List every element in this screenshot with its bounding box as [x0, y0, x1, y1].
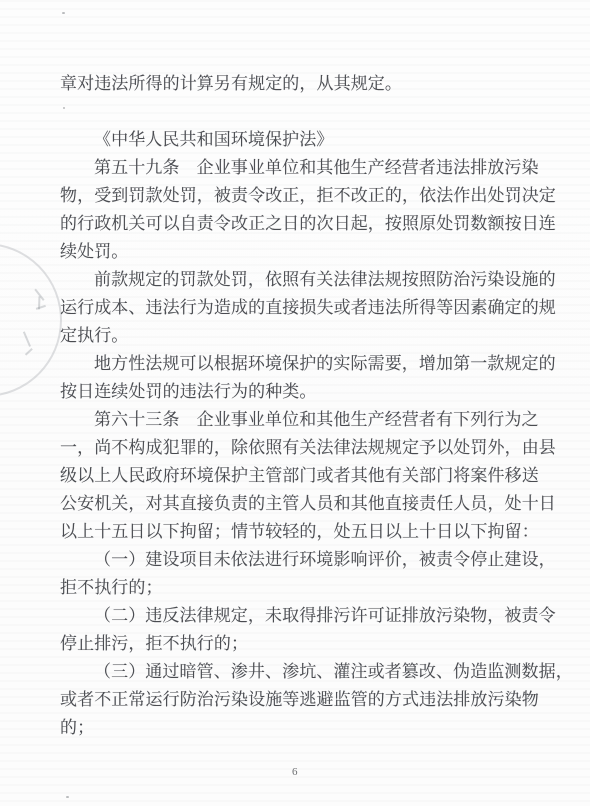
text-line: （三）通过暗管、渗井、渗坑、灌注或者篡改、伪造监测数据，	[60, 658, 534, 686]
text-line: 的行政机关可以自责令改正之日的次日起，按照原处罚数额按日连	[60, 210, 534, 238]
scan-speck	[62, 12, 65, 14]
text-line: 第五十九条 企业事业单位和其他生产经营者违法排放污染	[60, 154, 534, 182]
text-line: 公安机关，对其直接负责的主管人员和其他直接责任人员，处十日	[60, 490, 534, 518]
text-line: 一，尚不构成犯罪的，除依照有关法律法规规定予以处罚外，由县	[60, 434, 534, 462]
text-line: 定执行。	[60, 322, 534, 350]
page-number: 6	[0, 766, 590, 778]
scanned-document-page: 章对违法所得的计算另有规定的，从其规定。《中华人民共和国环境保护法》第五十九条 …	[0, 0, 590, 806]
text-line: 第六十三条 企业事业单位和其他生产经营者有下列行为之	[60, 406, 534, 434]
document-text-body: 章对违法所得的计算另有规定的，从其规定。《中华人民共和国环境保护法》第五十九条 …	[60, 70, 534, 742]
text-line: 级以上人民政府环境保护主管部门或者其他有关部门将案件移送	[60, 462, 534, 490]
text-line: 拒不执行的；	[60, 574, 534, 602]
text-line: 停止排污，拒不执行的；	[60, 630, 534, 658]
text-line: 物，受到罚款处罚，被责令改正，拒不改正的，依法作出处罚决定	[60, 182, 534, 210]
text-line: 前款规定的罚款处罚，依照有关法律法规按照防治污染设施的	[60, 266, 534, 294]
scan-speck	[66, 796, 69, 798]
text-line: 《中华人民共和国环境保护法》	[60, 126, 534, 154]
text-line: 续处罚。	[60, 238, 534, 266]
text-line	[60, 98, 534, 126]
stamp-stroke	[23, 331, 31, 347]
text-line: 的；	[60, 714, 534, 742]
text-line: 以上十五日以下拘留；情节较轻的，处五日以上十日以下拘留：	[60, 518, 534, 546]
text-line: 运行成本、违法行为造成的直接损失或者违法所得等因素确定的规	[60, 294, 534, 322]
text-line: 章对违法所得的计算另有规定的，从其规定。	[60, 70, 534, 98]
text-line: 按日连续处罚的违法行为的种类。	[60, 378, 534, 406]
text-line: （一）建设项目未依法进行环境影响评价，被责令停止建设，	[60, 546, 534, 574]
text-line: 或者不正常运行防治污染设施等逃避监管的方式违法排放污染物	[60, 686, 534, 714]
stamp-stroke	[25, 348, 33, 356]
text-line: 地方性法规可以根据环境保护的实际需要，增加第一款规定的	[60, 350, 534, 378]
text-line: （二）违反法律规定，未取得排污许可证排放污染物，被责令	[60, 602, 534, 630]
